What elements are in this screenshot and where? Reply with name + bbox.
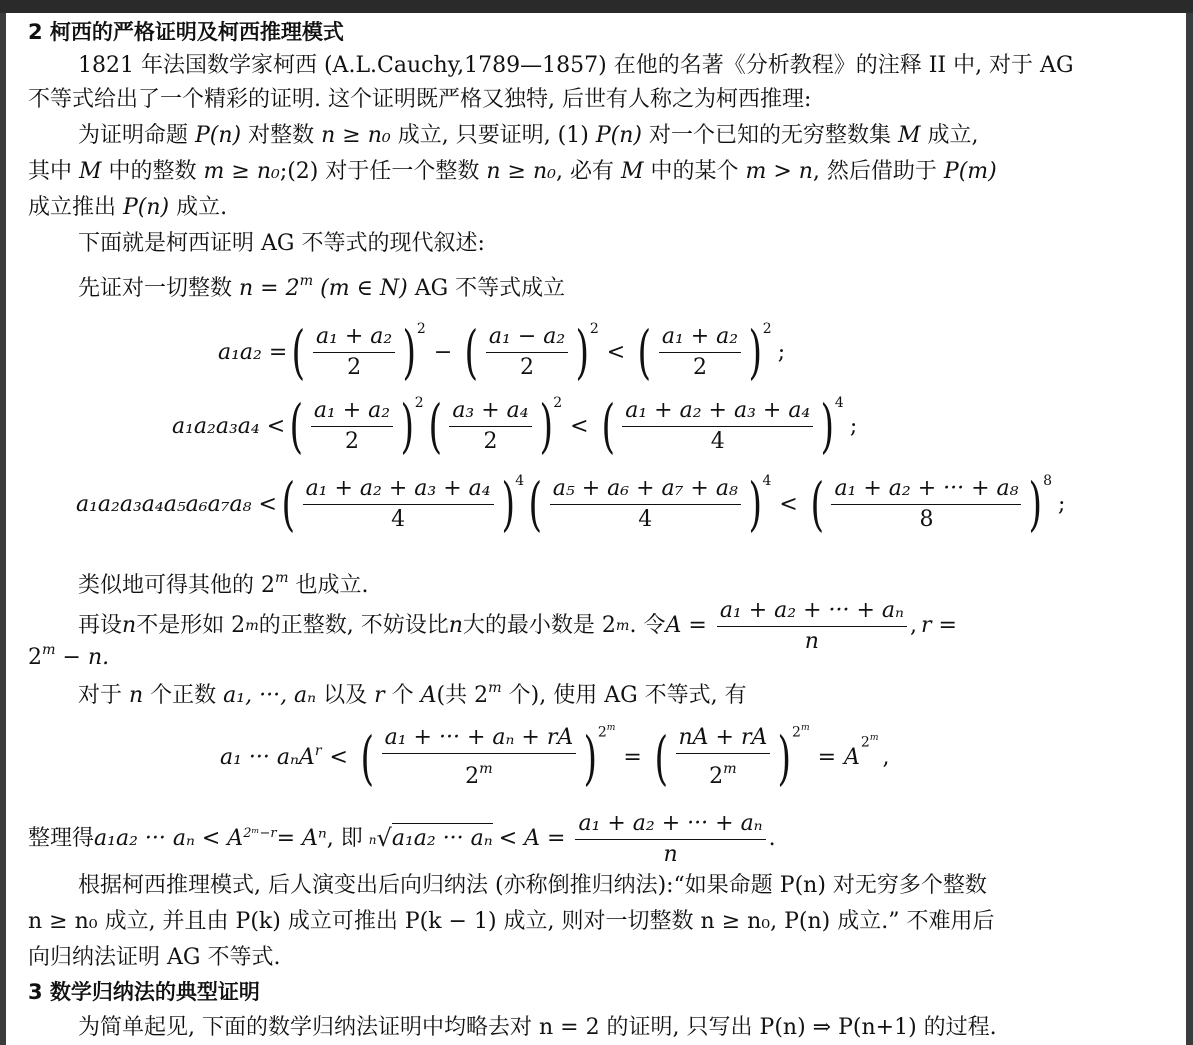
- paragraph-4: 先证对一切整数 n = 2m (m ∈ N) AG 不等式成立: [78, 266, 565, 304]
- math-n-ge-n0: n ≥ n₀: [486, 159, 556, 184]
- right-paren: ): [821, 397, 835, 455]
- text: 成立, 只要证明, (1): [391, 123, 596, 148]
- text: 先证对一切整数: [78, 276, 239, 301]
- text: ,: [910, 611, 917, 641]
- denominator: n: [805, 627, 819, 655]
- text: AG 不等式成立: [408, 276, 565, 301]
- paragraph-2-line-3: 成立推出 P(n) 成立.: [28, 193, 227, 223]
- math-M: M: [898, 123, 921, 148]
- semicolon: ;: [1058, 492, 1065, 517]
- numerator: a₅ + a₆ + a₇ + a₈: [550, 476, 741, 505]
- math-a-list: a₁, ···, aₙ: [223, 683, 316, 708]
- paragraph-6-line-2: 2m − n.: [28, 635, 109, 673]
- left-paren: (: [654, 729, 668, 787]
- numerator: a₁ + a₂ + ··· + aₙ: [575, 811, 765, 840]
- text: 对一个已知的无穷整数集: [642, 123, 898, 148]
- text: ;(2) 对于任一个整数: [280, 159, 487, 184]
- section-3-paragraph-1: 为简单起见, 下面的数学归纳法证明中均略去对 n = 2 的证明, 只写出 P(…: [78, 1013, 997, 1043]
- paragraph-1-line-2: 不等式给出了一个精彩的证明. 这个证明既严格又独特, 后世有人称之为柯西推理:: [28, 85, 811, 115]
- text: 个), 使用 AG 不等式, 有: [502, 683, 747, 708]
- math-A-eq: A =: [665, 611, 706, 641]
- fraction: a₁ + a₂ + ··· + a₈8: [831, 476, 1021, 533]
- text: 整理得: [28, 824, 94, 854]
- semicolon: ;: [778, 340, 785, 365]
- right-paren: ): [1029, 475, 1043, 533]
- fraction: a₁ + ··· + aₙ + rA2m: [382, 725, 577, 790]
- right-scrollbar[interactable]: [1186, 13, 1193, 1045]
- exponent: 2m: [792, 723, 810, 740]
- right-paren: ): [749, 323, 763, 381]
- math-m: m: [300, 273, 314, 289]
- text: 个: [385, 683, 421, 708]
- math-m: m: [870, 733, 879, 743]
- exponent: 2m: [598, 723, 616, 740]
- fraction: a₁ + a₂ + a₃ + a₄4: [622, 398, 813, 455]
- paragraph-1-line-1: 1821 年法国数学家柯西 (A.L.Cauchy,1789—1857) 在他的…: [78, 51, 1074, 81]
- fraction: a₅ + a₆ + a₇ + a₈4: [550, 476, 741, 533]
- numerator: nA + rA: [676, 725, 771, 754]
- math-Pn: P(n): [123, 195, 169, 220]
- math-Pn: P(n): [596, 123, 642, 148]
- math-m: m: [275, 570, 289, 586]
- text: 的正整数, 不妨设比: [259, 611, 449, 641]
- eq3-lhs: a₁a₂a₃a₄a₅a₆a₇a₈ <: [76, 492, 277, 517]
- text: 2: [28, 645, 42, 670]
- math-m: m: [616, 618, 630, 634]
- exponent: 4: [835, 395, 844, 411]
- root-body: a₁a₂ ··· aₙ: [392, 823, 493, 854]
- exponent: 2: [763, 321, 772, 337]
- math-m: m: [42, 642, 56, 658]
- text: 不是形如 2: [136, 611, 245, 641]
- paragraph-9-line-3: 向归纳法证明 AG 不等式.: [28, 943, 280, 973]
- section-3-heading: 3 数学归纳法的典型证明: [28, 977, 260, 1007]
- exponent: 2m: [861, 733, 879, 750]
- paragraph-5: 类似地可得其他的 2m 也成立.: [78, 563, 369, 601]
- denominator: 4: [638, 505, 652, 533]
- right-paren: ): [584, 729, 598, 787]
- math-exp: 2ᵐ−r: [243, 826, 276, 841]
- fraction: a₃ + a₄2: [449, 398, 531, 455]
- right-paren: ): [501, 475, 515, 533]
- text: 以及: [316, 683, 374, 708]
- denominator: 2: [345, 427, 359, 455]
- mean-fraction: a₁ + a₂ + ··· + aₙn: [575, 811, 765, 868]
- semicolon: ;: [850, 414, 857, 439]
- denominator: 8: [919, 505, 933, 533]
- operator: <: [607, 340, 625, 365]
- window-top-bar: [0, 0, 1193, 13]
- text: 成立推出: [28, 195, 123, 220]
- left-paren: (: [601, 397, 615, 455]
- math-m-gt-n: m > n: [745, 159, 812, 184]
- text: 对于: [78, 683, 129, 708]
- operator: <: [779, 492, 797, 517]
- base: 2: [598, 724, 607, 740]
- paragraph-9-line-2: n ≥ n₀ 成立, 并且由 P(k) 成立可推出 P(k − 1) 成立, 则…: [28, 907, 994, 937]
- denominator: 4: [391, 505, 405, 533]
- numerator: a₁ + a₂: [313, 324, 395, 353]
- paragraph-6-line-1: 再设 n 不是形如 2m 的正整数, 不妨设比 n 大的最小数是 2m. 令 A…: [78, 601, 957, 651]
- text: , 必有: [556, 159, 621, 184]
- text: 成立.: [169, 195, 227, 220]
- eq1-lhs: a₁a₂ =: [218, 340, 287, 365]
- right-paren: ): [778, 729, 792, 787]
- mean-fraction: a₁ + a₂ + ··· + aₙn: [717, 598, 907, 655]
- base: 2: [709, 764, 723, 789]
- exponent: 4: [515, 473, 524, 489]
- numerator: a₃ + a₄: [449, 398, 531, 427]
- eq2-lhs: a₁a₂a₃a₄ <: [172, 414, 285, 439]
- right-paren: ): [539, 397, 553, 455]
- paragraph-9-line-1: 根据柯西推理模式, 后人演变出后向归纳法 (亦称倒推归纳法):“如果命题 P(n…: [78, 871, 987, 901]
- denominator: n: [663, 840, 677, 868]
- math-m: m: [245, 618, 259, 634]
- denominator: 2: [347, 353, 361, 381]
- fraction: a₁ + a₂2: [311, 398, 393, 455]
- fraction: a₁ + a₂ + a₃ + a₄4: [303, 476, 494, 533]
- math-m-ge-n0: m ≥ n₀: [204, 159, 280, 184]
- math-r: r: [374, 683, 385, 708]
- fraction: a₁ + a₂2: [313, 324, 395, 381]
- exponent: 2: [415, 395, 424, 411]
- right-paren: ): [403, 323, 417, 381]
- math-n: n: [129, 683, 143, 708]
- math-m: m: [801, 723, 810, 733]
- math-m: m: [479, 761, 493, 777]
- math-m: m: [488, 680, 502, 696]
- math-r-eq: r =: [921, 611, 957, 641]
- exponent: 2: [553, 395, 562, 411]
- denominator: 2m: [709, 754, 737, 790]
- text: 成立,: [921, 123, 979, 148]
- math-eq-An: = Aⁿ: [277, 824, 327, 854]
- left-paren: (: [290, 397, 304, 455]
- math-A: A: [421, 683, 437, 708]
- left-paren: (: [281, 475, 295, 533]
- paragraph-7: 对于 n 个正数 a₁, ···, aₙ 以及 r 个 A(共 2m 个), 使…: [78, 673, 747, 711]
- math-m: m: [723, 761, 737, 777]
- math-Pm: P(m): [944, 159, 997, 184]
- left-paren: (: [465, 323, 479, 381]
- left-paren: (: [529, 475, 543, 533]
- left-paren: (: [292, 323, 306, 381]
- equation-1: a₁a₂ = ( a₁ + a₂2 )2 − ( a₁ − a₂2 )2 < (…: [218, 323, 785, 381]
- numerator: a₁ + a₂ + a₃ + a₄: [622, 398, 813, 427]
- text: 大的最小数是 2: [463, 611, 616, 641]
- math-n-eq: n = 2: [239, 276, 300, 301]
- right-paren: ): [401, 397, 415, 455]
- root-index: n: [369, 825, 377, 855]
- text: , 然后借助于: [813, 159, 944, 184]
- base: 2: [861, 734, 870, 750]
- math-lt-A-eq: < A =: [499, 824, 566, 854]
- math-r: r: [315, 743, 322, 759]
- text: . 令: [629, 611, 665, 641]
- period: .: [769, 824, 776, 854]
- comma: ,: [882, 745, 889, 770]
- text: 为证明命题: [78, 123, 195, 148]
- denominator: 2: [520, 353, 534, 381]
- nth-root: n√a₁a₂ ··· aₙ: [369, 823, 493, 855]
- numerator: a₁ − a₂: [486, 324, 568, 353]
- fraction: a₁ + a₂2: [659, 324, 741, 381]
- numerator: a₁ + a₂ + a₃ + a₄: [303, 476, 494, 505]
- paragraph-2-line-2: 其中 M 中的整数 m ≥ n₀;(2) 对于任一个整数 n ≥ n₀, 必有 …: [28, 157, 997, 187]
- paragraph-8: 整理得 a₁a₂ ··· aₙ < A2ᵐ−r = Aⁿ , 即 n√a₁a₂ …: [28, 813, 776, 865]
- exponent: 2: [417, 321, 426, 337]
- math-M: M: [621, 159, 644, 184]
- math-ineq: a₁a₂ ··· aₙ < A: [94, 824, 243, 854]
- math-A: A: [844, 745, 860, 770]
- base: 2: [792, 724, 801, 740]
- numerator: a₁ + a₂: [311, 398, 393, 427]
- math-n: n: [449, 611, 463, 641]
- numerator: a₁ + a₂ + ··· + aₙ: [717, 598, 907, 627]
- left-paren: (: [360, 729, 374, 787]
- fraction: nA + rA2m: [676, 725, 771, 790]
- math-m: m: [607, 723, 616, 733]
- math-n-ge-n0: n ≥ n₀: [321, 123, 391, 148]
- denominator: 4: [711, 427, 725, 455]
- math-m-in-N: (m ∈ N): [313, 276, 408, 301]
- text: 中的整数: [102, 159, 204, 184]
- exponent: 4: [762, 473, 771, 489]
- section-2-heading: 2 柯西的严格证明及柯西推理模式: [28, 17, 344, 47]
- numerator: a₁ + a₂: [659, 324, 741, 353]
- exponent: 2: [590, 321, 599, 337]
- fraction: a₁ − a₂2: [486, 324, 568, 381]
- left-paren: (: [810, 475, 824, 533]
- text: 对整数: [241, 123, 321, 148]
- equation-2: a₁a₂a₃a₄ < ( a₁ + a₂2 )2 ( a₃ + a₄2 )2 <…: [172, 397, 857, 455]
- left-paren: (: [638, 323, 652, 381]
- operator: <: [570, 414, 588, 439]
- text: , 即: [327, 824, 363, 854]
- text: 类似地可得其他的 2: [78, 573, 275, 598]
- right-paren: ): [576, 323, 590, 381]
- equation-3: a₁a₂a₃a₄a₅a₆a₇a₈ < ( a₁ + a₂ + a₃ + a₄4 …: [76, 475, 1065, 533]
- math-M: M: [79, 159, 102, 184]
- operator: −: [434, 340, 452, 365]
- right-paren: ): [748, 475, 762, 533]
- equation-4: a₁ ··· aₙAr < ( a₁ + ··· + aₙ + rA2m )2m…: [220, 725, 889, 790]
- paragraph-2-line-1: 为证明命题 P(n) 对整数 n ≥ n₀ 成立, 只要证明, (1) P(n)…: [78, 121, 979, 151]
- text: − n.: [56, 645, 110, 670]
- paragraph-3: 下面就是柯西证明 AG 不等式的现代叙述:: [78, 229, 485, 259]
- operator: =: [818, 745, 836, 770]
- left-paren: (: [428, 397, 442, 455]
- document-page: 2 柯西的严格证明及柯西推理模式 1821 年法国数学家柯西 (A.L.Cauc…: [6, 13, 1186, 1045]
- text: 也成立.: [289, 573, 369, 598]
- numerator: a₁ + ··· + aₙ + rA: [382, 725, 577, 754]
- text: 个正数: [143, 683, 223, 708]
- text: (共 2: [437, 683, 489, 708]
- denominator: 2m: [465, 754, 493, 790]
- operator: =: [623, 745, 641, 770]
- denominator: 2: [693, 353, 707, 381]
- text: 其中: [28, 159, 79, 184]
- eq4-lhs: a₁ ··· aₙA: [220, 745, 315, 770]
- denominator: 2: [483, 427, 497, 455]
- radical-sign: √: [377, 823, 392, 853]
- exponent: 8: [1043, 473, 1052, 489]
- math-Pn: P(n): [195, 123, 241, 148]
- text: 中的某个: [643, 159, 745, 184]
- math-n: n: [122, 611, 136, 641]
- base: 2: [465, 764, 479, 789]
- operator: <: [330, 745, 348, 770]
- numerator: a₁ + a₂ + ··· + a₈: [831, 476, 1021, 505]
